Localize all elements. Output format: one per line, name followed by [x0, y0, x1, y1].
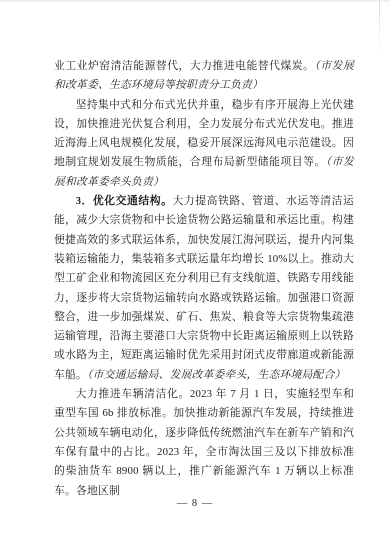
document-text-block: 业工业炉窑清洁能源替代，大力推进电能替代煤炭。（市发展和改革委、生态环境局等按职…	[54, 57, 354, 501]
text-run-normal: 业工业炉窑清洁能源替代，大力推进电能替代煤炭。	[54, 60, 314, 72]
scan-edge-top	[0, 0, 390, 2]
page-number: — 8 —	[0, 496, 390, 511]
paragraph: 坚持集中式和分布式光伏并重，稳步有序开展海上光伏建设，加快推进光伏复合利用，全力…	[54, 96, 354, 192]
text-run-attribution: （市交通运输局、发展改革委牵头，生态环境局配合）	[87, 369, 346, 381]
text-run-normal: 大力提高铁路、管道、水运等清洁运能，减少大宗货物和中长途货物公路运输量和承运比重…	[54, 195, 354, 381]
scan-edge-right	[379, 0, 380, 58]
paragraph: 3．优化交通结构。大力提高铁路、管道、水运等清洁运能，减少大宗货物和中长途货物公…	[54, 192, 354, 385]
text-run-normal: 大力推进车辆清洁化。2023 年 7 月 1 日，实施轻型车和重型车国 6b 排…	[54, 388, 354, 496]
paragraph: 大力推进车辆清洁化。2023 年 7 月 1 日，实施轻型车和重型车国 6b 排…	[54, 385, 354, 501]
paragraph: 业工业炉窑清洁能源替代，大力推进电能替代煤炭。（市发展和改革委、生态环境局等按职…	[54, 57, 354, 96]
text-run-bold: 3．优化交通结构。	[76, 195, 173, 207]
text-run-normal: 坚持集中式和分布式光伏并重，稳步有序开展海上光伏建设，加快推进光伏复合利用，全力…	[54, 99, 354, 169]
document-page: 业工业炉窑清洁能源替代，大力推进电能替代煤炭。（市发展和改革委、生态环境局等按职…	[0, 0, 390, 551]
